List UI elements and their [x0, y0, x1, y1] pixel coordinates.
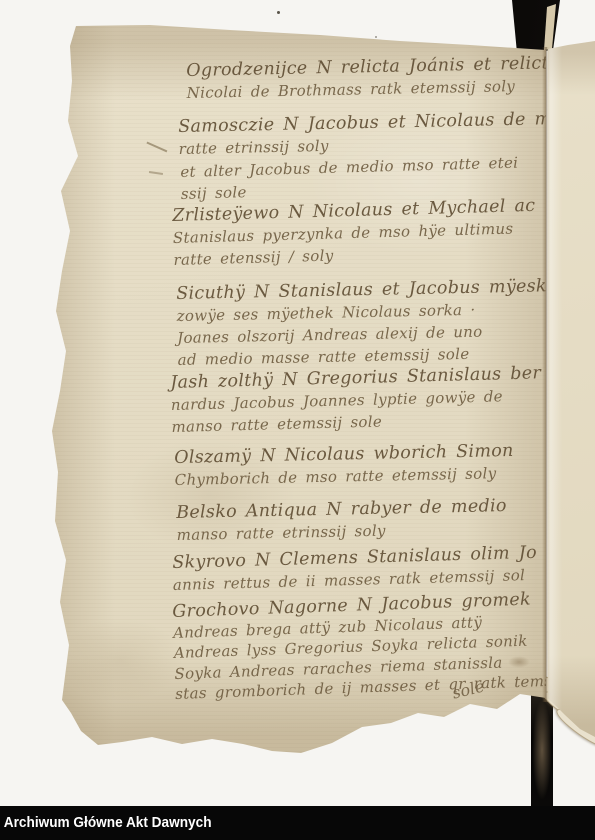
manuscript-page: Ogrodzenijce N relicta Joánis et relicta… [0, 0, 595, 840]
manuscript-entry: Sicuthÿ N Stanislaus et Jacobus mÿesku z… [176, 276, 498, 371]
dust-speck [375, 36, 377, 38]
manuscript-entry: Ogrodzenijce N relicta Joánis et relicta… [186, 53, 507, 104]
handwritten-text: Ogrodzenijce N relicta Joánis et relicta… [0, 0, 595, 840]
archive-caption-bar: Archiwum Główne Akt Dawnych [0, 806, 595, 840]
page-fold-crease [542, 47, 550, 702]
manuscript-entry: Zrlisteÿewo N Nicolaus et Mychael ac Sta… [172, 196, 494, 271]
binding-strip-bottom [531, 693, 553, 807]
scanned-archive-page: Ogrodzenijce N relicta Joánis et relicta… [0, 0, 595, 840]
manuscript-entry: Jash zolthÿ N Gregorius Stanislaus ber n… [170, 364, 492, 438]
manuscript-entry: Skyrovo N Clemens Stanislaus olim Jo ann… [172, 543, 493, 596]
dust-speck [277, 11, 280, 14]
manuscript-entry: Grochovo Nagorne N Jacobus gromek Andrea… [172, 591, 495, 705]
manuscript-entry: Samosczie N Jacobus et Nicolaus de mso r… [178, 109, 499, 160]
archive-name-label: Archiwum Główne Akt Dawnych [0, 806, 212, 840]
manuscript-entry: Olszamÿ N Nicolaus wborich Simon Chymbor… [174, 440, 495, 491]
manuscript-entry: Belsko Antiqua N rabyer de medio manso r… [176, 495, 497, 546]
